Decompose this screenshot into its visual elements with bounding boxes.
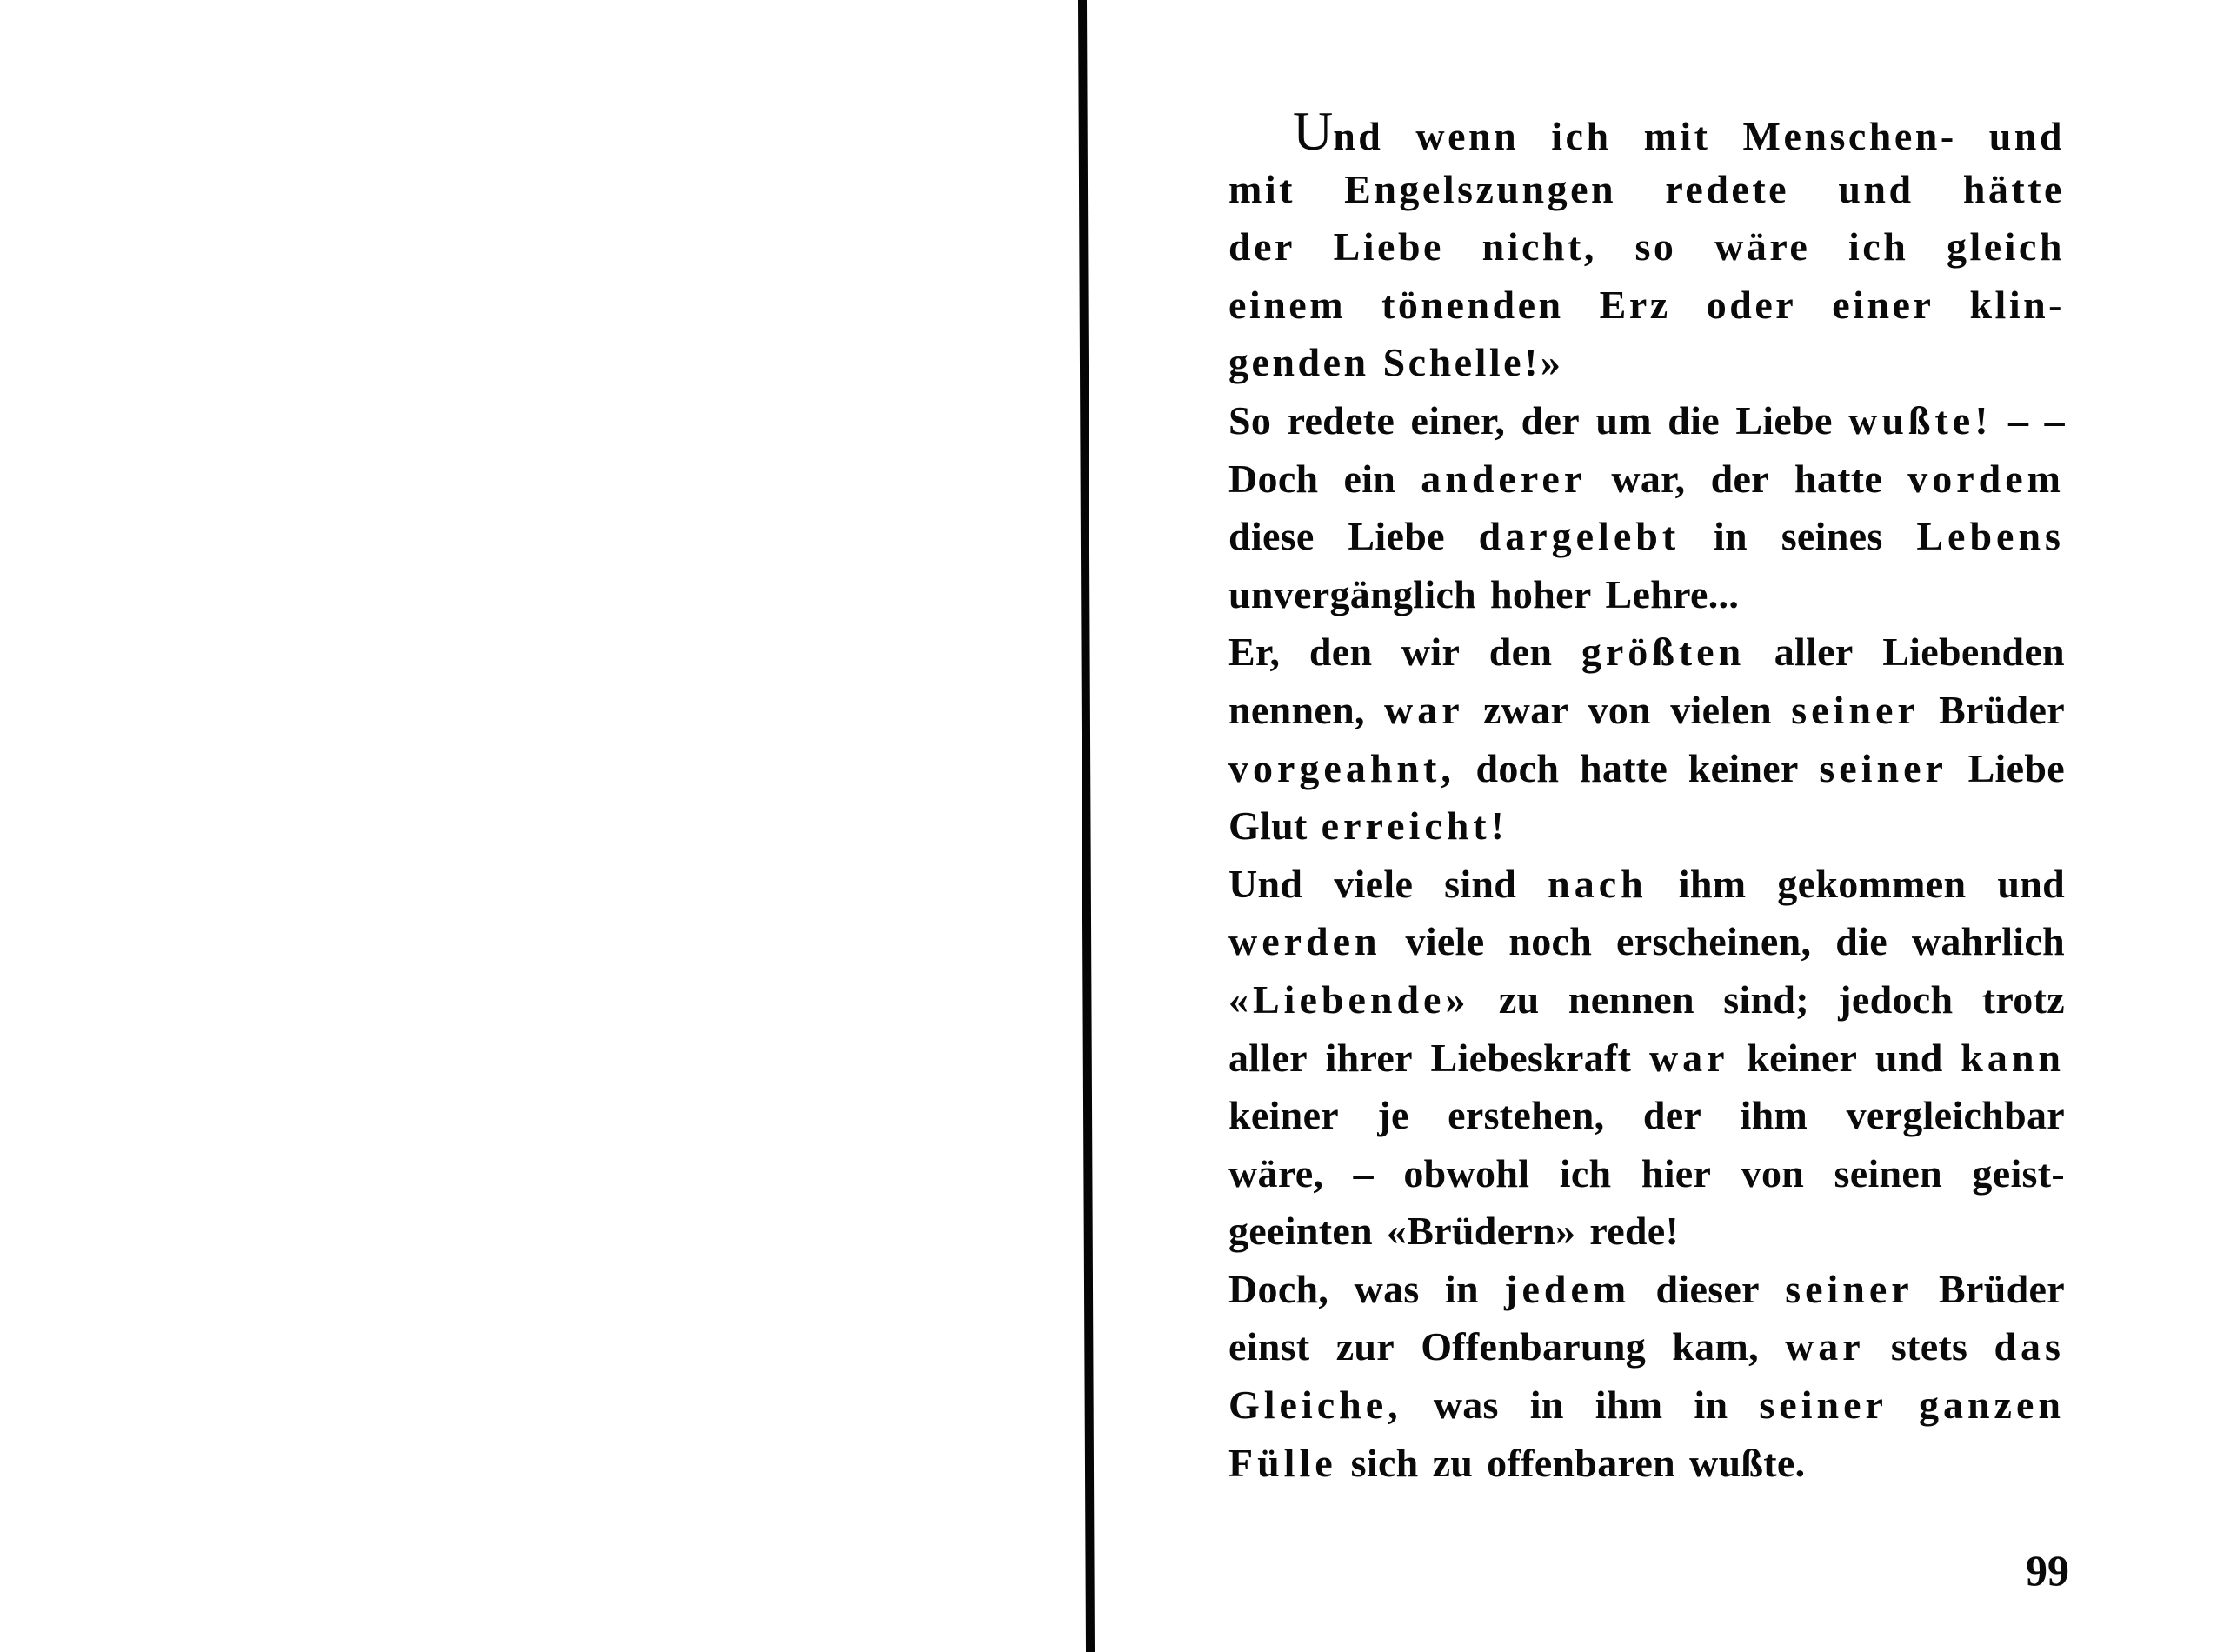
word: seines: [1781, 508, 1883, 566]
word: ich: [1848, 218, 1908, 276]
word: wäre: [1714, 218, 1810, 276]
word: erreicht!: [1322, 797, 1508, 856]
text-line: gendenSchelle!»: [1228, 334, 2065, 392]
word: in: [1714, 508, 1748, 566]
word: die: [1668, 392, 1720, 450]
word: Lehre...: [1606, 566, 1740, 624]
word: keiner: [1688, 740, 1799, 798]
word: einem: [1228, 276, 1346, 335]
word: Brüder: [1939, 1261, 2065, 1319]
word: Liebenden: [1882, 623, 2065, 682]
word: Lebens: [1916, 508, 2065, 566]
word: ihm: [1679, 856, 1747, 914]
text-line: Gleiche,wasinihminseinerganzen: [1228, 1376, 2065, 1435]
word: ihm: [1595, 1376, 1663, 1435]
word: war: [1649, 1029, 1729, 1088]
word: Liebe: [1735, 392, 1832, 450]
word: Und: [1228, 856, 1302, 914]
word: geeinten: [1228, 1202, 1373, 1261]
word: den: [1309, 623, 1372, 682]
word: redete: [1288, 392, 1395, 450]
gutter-line-graphic: [1078, 0, 1095, 1652]
word: Liebe: [1334, 218, 1444, 276]
word: war: [1384, 682, 1464, 740]
word: vorgeahnt,: [1228, 740, 1455, 798]
word: trotz: [1982, 971, 2065, 1029]
text-line: UndwennichmitMenschen-und: [1228, 103, 2065, 161]
word: So: [1228, 392, 1271, 450]
word: in: [1694, 1376, 1728, 1435]
word: Er,: [1228, 623, 1280, 682]
word: kann: [1961, 1029, 2065, 1088]
word: nach: [1548, 856, 1648, 914]
word: stets: [1891, 1318, 1967, 1376]
word: was: [1434, 1376, 1499, 1435]
word: den: [1489, 623, 1552, 682]
word: Liebeskraft: [1431, 1029, 1632, 1088]
word: dieser: [1656, 1261, 1760, 1319]
word: –: [2045, 392, 2065, 450]
word: Liebe: [1348, 508, 1444, 566]
word: einer,: [1411, 392, 1506, 450]
page-number: 99: [2026, 1546, 2069, 1595]
text-line: Undvielesindnachihmgekommenund: [1228, 856, 2065, 914]
word: zu: [1433, 1435, 1474, 1493]
word: anderer: [1421, 450, 1586, 509]
text-line: Doch,wasinjedemdieserseinerBrüder: [1228, 1261, 2065, 1319]
word: so: [1635, 218, 1677, 276]
word: Und: [1228, 103, 1383, 166]
word: zu: [1499, 971, 1540, 1029]
word: um: [1595, 392, 1652, 450]
text-line: Soredeteeiner,derumdieLiebewußte!––: [1228, 392, 2065, 450]
text-line: werdenvielenocherscheinen,diewahrlich: [1228, 913, 2065, 971]
word: größten: [1581, 623, 1745, 682]
word: viele: [1406, 913, 1485, 971]
word: rede!: [1589, 1202, 1679, 1261]
word: mit: [1644, 108, 1711, 166]
word: oder: [1707, 276, 1796, 335]
text-line: allerihrerLiebeskraftwarkeinerundkann: [1228, 1029, 2065, 1088]
word: nennen,: [1228, 682, 1365, 740]
word: tönenden: [1381, 276, 1563, 335]
word: das: [1994, 1318, 2064, 1376]
word: wir: [1401, 623, 1460, 682]
word: der: [1643, 1087, 1701, 1145]
word: ganzen: [1919, 1376, 2065, 1435]
text-line: keinerjeerstehen,derihmvergleichbar: [1228, 1087, 2065, 1145]
word: war: [1785, 1318, 1865, 1376]
word: sind;: [1723, 971, 1809, 1029]
word: –: [1354, 1145, 1374, 1203]
text-line: vorgeahnt,dochhattekeinerseinerLiebe: [1228, 740, 2065, 798]
word: obwohl: [1403, 1145, 1529, 1203]
gutter-binding-line: [1078, 0, 1095, 1652]
word: gekommen: [1777, 856, 1966, 914]
word: zwar: [1483, 682, 1568, 740]
word: sich: [1351, 1435, 1419, 1493]
text-line: «Liebende»zunennensind;jedochtrotz: [1228, 971, 2065, 1029]
text-line: Gluterreicht!: [1228, 797, 2065, 856]
text-line: derLiebenicht,sowäreichgleich: [1228, 218, 2065, 276]
word: der: [1521, 392, 1580, 450]
word: keiner: [1747, 1029, 1857, 1088]
text-line: Docheinandererwar,derhattevordem: [1228, 450, 2065, 509]
text-line: einemtönendenErzodereinerklin-: [1228, 276, 2065, 335]
word: aller: [1228, 1029, 1308, 1088]
word: wußte!: [1848, 392, 1992, 450]
word: in: [1530, 1376, 1564, 1435]
word: Menschen-: [1743, 108, 1957, 166]
body-text: UndwennichmitMenschen-undmitEngelszungen…: [1228, 103, 2065, 1492]
word: Schelle!»: [1383, 334, 1564, 392]
initial-capital: U: [1293, 100, 1333, 162]
word: Doch: [1228, 450, 1318, 509]
word: ein: [1344, 450, 1396, 509]
word: von: [1741, 1145, 1804, 1203]
word: ich: [1560, 1145, 1612, 1203]
text-line: nennen,warzwarvonvielenseinerBrüder: [1228, 682, 2065, 740]
word: seiner: [1785, 1261, 1914, 1319]
word: die: [1835, 913, 1887, 971]
word: viele: [1334, 856, 1413, 914]
word: Glut: [1228, 797, 1308, 856]
word: wahrlich: [1912, 913, 2065, 971]
word: seinen: [1834, 1145, 1942, 1203]
word: diese: [1228, 508, 1315, 566]
word: Liebe: [1968, 740, 2065, 798]
text-line: einstzurOffenbarungkam,warstetsdas: [1228, 1318, 2065, 1376]
word: einer: [1832, 276, 1934, 335]
word: Fülle: [1228, 1435, 1337, 1493]
word: zur: [1336, 1318, 1395, 1376]
word: von: [1588, 682, 1650, 740]
word: seiner: [1819, 740, 1947, 798]
word: genden: [1228, 334, 1369, 392]
word: nennen: [1568, 971, 1694, 1029]
text-line: wäre,–obwohlichhiervonseinengeist-: [1228, 1145, 2065, 1203]
word: gleich: [1947, 218, 2065, 276]
word: –: [2008, 392, 2028, 450]
text-line: mitEngelszungenredeteundhätte: [1228, 161, 2065, 219]
text-line: dieseLiebedargelebtinseinesLebens: [1228, 508, 2065, 566]
word: je: [1377, 1087, 1408, 1145]
word: nicht,: [1482, 218, 1597, 276]
word: wäre,: [1228, 1145, 1323, 1203]
word: aller: [1774, 623, 1854, 682]
word: hier: [1641, 1145, 1711, 1203]
word: klin-: [1969, 276, 2065, 335]
word: erscheinen,: [1616, 913, 1811, 971]
word: der: [1228, 218, 1295, 276]
word: vordem: [1907, 450, 2065, 509]
word: ihrer: [1326, 1029, 1413, 1088]
word: vergleichbar: [1847, 1087, 2065, 1145]
word: kam,: [1672, 1318, 1759, 1376]
word: Doch,: [1228, 1261, 1328, 1319]
word: und: [1838, 161, 1914, 219]
left-page-blank: [0, 0, 1076, 1652]
word: «Liebende»: [1228, 971, 1469, 1029]
word: in: [1445, 1261, 1479, 1319]
word: hatte: [1580, 740, 1668, 798]
text-line: Er,denwirdengrößtenallerLiebenden: [1228, 623, 2065, 682]
word: noch: [1508, 913, 1592, 971]
word: mit: [1228, 161, 1295, 219]
word: unvergänglich: [1228, 566, 1476, 624]
word: einst: [1228, 1318, 1310, 1376]
word: hoher: [1490, 566, 1592, 624]
word: ich: [1551, 108, 1611, 166]
word: hatte: [1794, 450, 1882, 509]
word: seiner: [1759, 1376, 1887, 1435]
word: werden: [1228, 913, 1381, 971]
word: jedoch: [1838, 971, 1953, 1029]
text-line: geeinten«Brüdern»rede!: [1228, 1202, 2065, 1261]
word: wußte.: [1689, 1435, 1805, 1493]
word: redete: [1665, 161, 1789, 219]
word: Erz: [1600, 276, 1671, 335]
word: erstehen,: [1448, 1087, 1604, 1145]
word: ihm: [1741, 1087, 1808, 1145]
word: seiner: [1791, 682, 1920, 740]
word: vielen: [1670, 682, 1772, 740]
word: geist-: [1972, 1145, 2065, 1203]
word: doch: [1475, 740, 1559, 798]
word: der: [1711, 450, 1769, 509]
word: Brüder: [1939, 682, 2065, 740]
word: «Brüdern»: [1387, 1202, 1575, 1261]
word: sind: [1444, 856, 1516, 914]
word: wenn: [1415, 108, 1519, 166]
word: jedem: [1504, 1261, 1630, 1319]
book-spread: UndwennichmitMenschen-undmitEngelszungen…: [0, 0, 2217, 1652]
word: hätte: [1963, 161, 2065, 219]
word: war,: [1611, 450, 1685, 509]
text-line: unvergänglichhoherLehre...: [1228, 566, 2065, 624]
text-line: Füllesichzuoffenbarenwußte.: [1228, 1435, 2065, 1493]
word: keiner: [1228, 1087, 1339, 1145]
word: was: [1355, 1261, 1420, 1319]
word: und: [1997, 856, 2065, 914]
word: dargelebt: [1479, 508, 1681, 566]
word: offenbaren: [1487, 1435, 1675, 1493]
word: Engelszungen: [1344, 161, 1616, 219]
word: und: [1875, 1029, 1943, 1088]
word: und: [1989, 108, 2065, 166]
word: Gleiche,: [1228, 1376, 1402, 1435]
word: Offenbarung: [1421, 1318, 1646, 1376]
